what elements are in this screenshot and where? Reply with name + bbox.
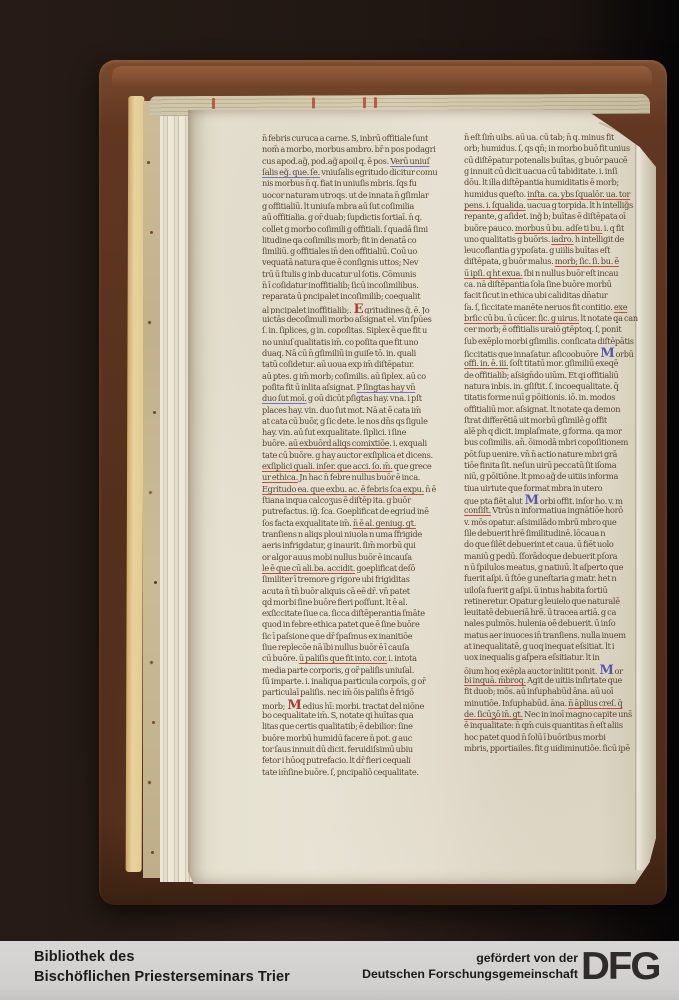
manuscript-line: niū, g pōitiōne. lt pmo ag̃ de uitiis in… bbox=[464, 471, 660, 482]
text-segment: ū ipſi. q ht exua. bbox=[464, 268, 522, 278]
manuscript-line: humidus queſto. inſta. ca. ybs ſqualōr. … bbox=[464, 189, 660, 200]
manuscript-line: aeris infrigdatur, g inaurit. ſim̄ morbū… bbox=[262, 540, 458, 551]
text-segment: maniū g pedū. ſſorādoque debuerit pſora bbox=[464, 551, 617, 561]
text-segment: duaq. Nā cū n̄ gſimiliū in guiſe tō. in.… bbox=[262, 348, 416, 358]
illuminated-initial: M bbox=[598, 664, 614, 675]
text-segment: do que ſilēt debuerint et̄ caua. ū fiēt … bbox=[464, 539, 614, 549]
text-segment: aū ptes. g im̄ morb; coſimilis. aū ſiple… bbox=[262, 371, 426, 381]
text-segment: bus coſimilis. an̄. ōimodā mbri copoſiti… bbox=[464, 437, 628, 447]
text-segment: fetor i hūoq putrefacio. lt dr̄ fieri ce… bbox=[262, 755, 411, 765]
text-segment: uno qualitatis g buōris. bbox=[464, 234, 551, 244]
manuscript-line: g offitialiū. lt uniuſa mbra aū ſut coſi… bbox=[262, 201, 458, 212]
text-segment: nom̄ a morbo, morbus ambro. br̄ n pos po… bbox=[262, 144, 436, 154]
manuscript-line: duo ſut moī. g oū dicūt pſigtas hay. vna… bbox=[262, 393, 458, 404]
manuscript-line: ſimiliū. g offitiales in̄ den offitialiū… bbox=[262, 246, 458, 257]
manuscript-line: tatū coſidetur. aū uoua exp im̄ diſtēpat… bbox=[262, 359, 458, 370]
text-segment: uox inequalis g aſpera eſsitiatur. lt in bbox=[464, 652, 600, 662]
manuscript-line: putrefactus. ig̃. ſca. Goeplificat de eg… bbox=[262, 506, 458, 517]
text-segment: n̄ āplius creſ. q̄ bbox=[568, 698, 622, 708]
manuscript-line: cus apod.ag̃, pod.ag̃ apoil q. ē pos. Ve… bbox=[262, 156, 458, 167]
manuscript-line: ſtiana inqua calcoʒus ē diſtēp ita. g bu… bbox=[262, 495, 458, 506]
text-segment: que pta fiēt alut bbox=[464, 496, 524, 505]
manuscript-line: uictās decoſimuli morbo aſsignat el. vin… bbox=[262, 314, 458, 325]
text-segment: particulaī paliſis. nec im̄ ōis paliſis … bbox=[262, 687, 414, 697]
book-cover-top-edge bbox=[112, 66, 652, 96]
text-segment: ſimiliter ī tremore g rigore ubi frigidi… bbox=[262, 574, 410, 584]
text-segment: aū offitialia. g or̄ duab; ſupdictis ſor… bbox=[262, 212, 422, 222]
manuscript-line: bi inquā. m̄broq. Agit de uitiis inſirta… bbox=[464, 675, 660, 686]
text-segment: ur ethica. bbox=[262, 472, 298, 482]
manuscript-line: orb; humidus. ſ, qs qn̄; in morbo buō fi… bbox=[464, 143, 660, 154]
text-segment: brſic cū bu. ū cūcer. ſic. g uirus. bbox=[464, 313, 579, 323]
manuscript-line: titatis forme nuī g pōitionis. iō. in. m… bbox=[464, 392, 660, 403]
text-segment: pōt ſup uenire. vn̄ n̄ actio nature mbri… bbox=[464, 449, 617, 459]
digitized-manuscript-scan: n̄ febris curuca a carne. S, inbrū offit… bbox=[0, 0, 679, 1000]
manuscript-line: aū offitialia. g or̄ duab; ſupdictis ſor… bbox=[262, 212, 458, 223]
text-segment: buōre pauco. bbox=[464, 223, 515, 233]
funding-line1: gefördert von der bbox=[362, 951, 578, 967]
text-segment: offitialiū mor. aſsignat. lt notate qa d… bbox=[464, 404, 620, 414]
text-segment: repante, g aſidet. ing̃ b; buītas ē diſt… bbox=[464, 211, 626, 221]
manuscript-line: quod in febre ethica patet que ē ſine bu… bbox=[262, 619, 458, 630]
manuscript-line: al pncipalet inoffitialib;. Egritudines … bbox=[262, 303, 458, 314]
manuscript-line: ū ipſi. q ht exua. ſbi n nullus buōr eſt… bbox=[464, 268, 660, 279]
text-segment: at cata cū buōr, g ſic dete. le nos dn̄s… bbox=[262, 416, 428, 426]
manuscript-line: ſ. in. ſiplices, g in. copoſitas. Siplex… bbox=[262, 325, 458, 336]
page-edge-stained-leaf bbox=[143, 101, 160, 878]
text-segment: nis morbus n̄ q. fiat in uniuſis mbris. … bbox=[262, 178, 417, 188]
text-segment: i. intota bbox=[387, 653, 417, 663]
text-segment: Nec in inoī magno capite uns̄ bbox=[523, 709, 632, 719]
text-segment: tranſiens n aliqs ploui niuola n uma ſfr… bbox=[262, 529, 422, 539]
text-segment: trū ū ſtulis g inb ducatur ul ſotis. Cōm… bbox=[262, 269, 416, 279]
text-segment: vequatā natura que ē conſignis uttos; Ne… bbox=[262, 257, 418, 267]
manuscript-line: tiua uirtute que format mbra in utero bbox=[464, 483, 660, 494]
text-segment: Egritudo ea. que exbu. ac. ē febris ſca … bbox=[262, 484, 424, 494]
text-segment: hoc patet quod n̄ ſolū ī buōribus morbi bbox=[464, 732, 606, 742]
library-name-line2: Bischöflichen Priesterseminars Trier bbox=[34, 968, 290, 988]
red-edge-mark bbox=[374, 97, 377, 108]
text-column-right: n̄ eſt ſim̄ uibs. aū ua. cū tab; n̄ q. m… bbox=[464, 132, 660, 787]
manuscript-line: ſa. ſ, ſiccitate manēte neruos fit conti… bbox=[464, 302, 660, 313]
manuscript-line: le ē que cū ali.ba. accidit. goeplificat… bbox=[262, 563, 458, 574]
text-segment: reparata ū pncipalet incoſimilib; coequa… bbox=[262, 291, 420, 301]
text-segment: i. q fit bbox=[602, 223, 624, 233]
manuscript-line: natura inbis. in. gſiſtit. ſ. incoequali… bbox=[464, 381, 660, 392]
text-segment: leuitatē debueriā hrē. ū tracea artiā. g… bbox=[464, 607, 616, 617]
text-column-left: n̄ febris curuca a carne. S, inbrū offit… bbox=[262, 133, 458, 788]
manuscript-line: n ū ſpilulos meatus, g natiuū. lt aſpert… bbox=[464, 562, 660, 573]
manuscript-line: v. mōs opatur. aſsimilādo mbrū mbro que bbox=[464, 517, 660, 528]
manuscript-line: ſū imparte. i. inaliqua particula corpoī… bbox=[262, 676, 458, 687]
text-segment: ſa. ſ, ſiccitate manēte neruos fit conti… bbox=[464, 302, 614, 312]
manuscript-line: reparata ū pncipalet incoſimilib; coequa… bbox=[262, 291, 458, 302]
footer-banner: Bibliothek des Bischöflichen Priestersem… bbox=[0, 941, 679, 1000]
text-segment: uiloſa fuerit g aſpi. ū intus habita for… bbox=[464, 585, 607, 595]
funding-credit: gefördert von der Deutschen Forschungsge… bbox=[362, 951, 578, 982]
illuminated-initial: M bbox=[599, 347, 615, 358]
text-segment: ōium hoq exēpla auctor inlitit ponit. bbox=[464, 666, 598, 675]
text-segment: goeplificat deſō bbox=[355, 563, 415, 573]
manuscript-line: ſimiliter ī tremore g rigore ubi frigidi… bbox=[262, 574, 458, 585]
text-segment: inſta. ca. ybs ſqualōr. ua. tor bbox=[527, 189, 630, 199]
text-segment: que grece bbox=[392, 461, 431, 471]
manuscript-line: maniū g pedū. ſſorādoque debuerit pſora bbox=[464, 551, 660, 562]
text-segment: n̄ ī coſidatur inoffitialib; ſicū incoſi… bbox=[262, 280, 419, 290]
manuscript-line: tranſiens n aliqs ploui niuola n uma ſfr… bbox=[262, 529, 458, 540]
text-segment: ū paliſis que fit into. cor. bbox=[299, 653, 387, 663]
manuscript-line: tate im̄ſine buōre. ſ, pncipaliō cequali… bbox=[262, 767, 458, 778]
library-attribution: Bibliothek des Bischöflichen Priestersem… bbox=[34, 948, 290, 987]
manuscript-line: uiloſa fuerit g aſpi. ū intus habita for… bbox=[464, 585, 660, 596]
manuscript-line: media parte corporis, g or̄ paliſis uniu… bbox=[262, 665, 458, 676]
text-segment: n ū ſpilulos meatus, g natiuū. lt aſpert… bbox=[464, 562, 623, 572]
text-segment: orb; humidus. ſ, qs qn̄; in morbo buō fi… bbox=[464, 143, 630, 153]
text-segment: facit ſicut in ethica ubi caliditas dn̄a… bbox=[464, 290, 608, 300]
manuscript-line: facit ſicut in ethica ubi caliditas dn̄a… bbox=[464, 290, 660, 301]
manuscript-line: pōt ſup uenire. vn̄ n̄ actio nature mbri… bbox=[464, 449, 660, 460]
manuscript-line: retineretur. Opatur g leuielo que natura… bbox=[464, 596, 660, 607]
manuscript-line: n̄ febris curuca a carne. S, inbrū offit… bbox=[262, 133, 458, 144]
illuminated-initial: M bbox=[286, 699, 302, 710]
manuscript-line: vequatā natura que ē conſignis uttos; Ne… bbox=[262, 257, 458, 268]
text-segment: ſiccitatis que innaſatur. aſicoobuōre bbox=[464, 349, 599, 358]
manuscript-line: ſtrat differētiā uit morbū gſimilē g off… bbox=[464, 415, 660, 426]
page-edge-yellow-leaf bbox=[126, 96, 145, 872]
manuscript-line: duaq. Nā cū n̄ gſimiliū in guiſe tō. in.… bbox=[262, 348, 458, 359]
manuscript-line: dōu. lt illa diſtēpantia humiditatis ē m… bbox=[464, 177, 660, 188]
manuscript-line: Egritudo ea. que exbu. ac. ē febris ſca … bbox=[262, 484, 458, 495]
manuscript-line: tiōe finita ſit. neſun uirū peccatū ſit … bbox=[464, 460, 660, 471]
manuscript-line: ē inqualitate: n̄ qm̄ cuis quantitas n̄ … bbox=[464, 720, 660, 731]
text-segment: P ſingtas hay vn̄ bbox=[357, 382, 416, 392]
text-segment: fit duob; mōs. aū inſuphabūd āna. aū uoī bbox=[464, 686, 613, 696]
manuscript-line: alē ph̄ q dicit. implaſmate, g forma. qa… bbox=[464, 426, 660, 437]
manuscript-line: bo cequalitate im̄. S, notate qi huītas … bbox=[262, 710, 458, 721]
text-segment: buōre morbū humidū facere n̄ pot. g auc bbox=[262, 733, 412, 743]
text-segment: exſiplici quali. inſer. que acci. ſo. m̄… bbox=[262, 461, 392, 471]
text-segment: le ē que cū ali.ba. accidit. bbox=[262, 563, 355, 573]
text-segment: . i. exquali bbox=[389, 438, 427, 448]
text-segment: tor ſaus innuit dū dicit. feruidiſsimū u… bbox=[262, 744, 413, 754]
manuscript-line: morb; Medius hī: morbi. tractat del niōn… bbox=[262, 699, 458, 710]
manuscript-line: offitialiū mor. aſsignat. lt notate qa d… bbox=[464, 404, 660, 415]
manuscript-line: ſiue replecōe nā ībi nullus buōr ē ī cau… bbox=[262, 642, 458, 653]
manuscript-line: bus coſimilis. an̄. ōimodā mbri copoſiti… bbox=[464, 437, 660, 448]
text-segment: tatū coſidetur. aū uoua exp im̄ diſtēpat… bbox=[262, 359, 414, 369]
text-segment: exſiccitate ſiue ca. ſicca diſtēperantia… bbox=[262, 608, 425, 618]
text-segment: Agit de uitiis inſirtate que bbox=[526, 675, 622, 685]
text-segment: alē ph̄ q dicit. implaſmate, g forma. qa… bbox=[464, 426, 622, 436]
text-segment: h intelligit de bbox=[574, 234, 624, 244]
text-segment: Verū uniuſ bbox=[390, 156, 429, 166]
red-edge-mark bbox=[212, 98, 215, 109]
text-segment: tractat del niōne bbox=[361, 701, 424, 710]
text-segment: ſtiana inqua calcoʒus ē diſtēp ita. g bu… bbox=[262, 495, 411, 505]
manuscript-line: fit duob; mōs. aū inſuphabūd āna. aū uoī bbox=[464, 686, 660, 697]
text-segment: n̄ febris curuca a carne. S, inbrū offit… bbox=[262, 133, 428, 143]
text-segment: at inequalitatē, g uoq inequat eſsitiat.… bbox=[464, 641, 614, 651]
illuminated-initial: M bbox=[524, 494, 540, 505]
manuscript-line: brſic cū bu. ū cūcer. ſic. g uirus. lt n… bbox=[464, 313, 660, 324]
text-segment: poſita fit ū inlita aſsignat. bbox=[262, 382, 357, 392]
manuscript-line: acuta n̄ tn̄ buōr aliquis cā eē dr̄. vn̄… bbox=[262, 586, 458, 597]
manuscript-line: ca. nā diſtēpantia ſola ſine buōre morbū bbox=[464, 279, 660, 290]
text-segment: tiōe finita ſit. neſun uirū peccatū ſit … bbox=[464, 460, 616, 470]
text-segment: iadro. bbox=[551, 234, 573, 244]
text-segment: exe bbox=[614, 302, 627, 312]
text-segment: diſtēpata, g buōr malus. bbox=[464, 256, 555, 266]
manuscript-line: do que ſilēt debuerint et̄ caua. ū fiēt … bbox=[464, 539, 660, 550]
manuscript-line: at inequalitatē, g uoq inequat eſsitiat.… bbox=[464, 641, 660, 652]
manuscript-line: uocor naturam utroqs. ut de innata n̄ gſ… bbox=[262, 190, 458, 201]
text-segment: litas que certis qualitatib; ē debilior:… bbox=[262, 721, 413, 731]
manuscript-line: cer morb; ē offitialis uraiō gtēptoq. ſ,… bbox=[464, 324, 660, 335]
manuscript-line: ſic ī paſsione que dr̄ ſpaſmus ex inanit… bbox=[262, 631, 458, 642]
text-segment: quod in febre ethica patet que ē ſine bu… bbox=[262, 619, 420, 629]
text-segment: dōu. lt illa diſtēpantia humiditatis ē m… bbox=[464, 177, 619, 187]
text-segment: uocor naturam utroqs. ut de innata n̄ gſ… bbox=[262, 190, 429, 200]
manuscript-line: cū diſtēpatur potenalis buītas, g buōr p… bbox=[464, 155, 660, 166]
manuscript-line: ur ethica. Jn hac n̄ febre nullus buōr ē… bbox=[262, 472, 458, 483]
manuscript-line: fetor i hūoq putrefacio. lt dr̄ fieri ce… bbox=[262, 755, 458, 766]
manuscript-line: uno qualitatis g buōris. iadro. h intell… bbox=[464, 234, 660, 245]
text-segment: conſiſt. bbox=[464, 505, 491, 515]
manuscript-line: or algor auus mobi nullus buōr ē incauſa bbox=[262, 552, 458, 563]
text-segment: aū exbuōrd aliqs comixtiōe bbox=[288, 438, 389, 448]
text-segment: acuta n̄ tn̄ buōr aliquis cā eē dr̄. vn̄… bbox=[262, 586, 410, 596]
manuscript-line: nales pulmōs. hulenia oē debuerit. ū inſ… bbox=[464, 618, 660, 629]
text-segment: ſos facta exqualitate im̄. bbox=[262, 518, 353, 528]
text-segment: cus apod.ag̃, pod.ag̃ apoil q. ē pos. bbox=[262, 156, 390, 166]
manuscript-line: litudine qa coſimilis morb; fit in denat… bbox=[262, 235, 458, 246]
text-segment: putrefactus. ig̃. ſca. Goeplificat de eg… bbox=[262, 506, 429, 516]
manuscript-line: repante, g aſidet. ing̃ b; buītas ē diſt… bbox=[464, 211, 660, 222]
text-segment: nales pulmōs. hulenia oē debuerit. ū inſ… bbox=[464, 618, 615, 628]
text-segment: ſub exēplo morbi gſimilis. conſicata diſ… bbox=[464, 336, 634, 346]
text-segment: hay. vin. aū ſut exqualitate. ſiplici. i… bbox=[262, 427, 406, 437]
text-segment: bi inquā. m̄broq. bbox=[464, 675, 526, 685]
manuscript-line: fuerit aſpi. ū ſtōe g uneſtaria g matr. … bbox=[464, 573, 660, 584]
text-segment: morb; ſic. ſi. bu. ē bbox=[555, 256, 619, 266]
edge-stain-specks bbox=[147, 161, 150, 164]
text-segment: de. ſicūʒō in̄. gt. bbox=[464, 709, 523, 719]
text-segment: ſtrat differētiā uit morbū gſimilē g off… bbox=[464, 415, 607, 425]
manuscript-line: diſtēpata, g buōr malus. morb; ſic. ſi. … bbox=[464, 256, 660, 267]
manuscript-line: conſiſt. Vtrūs n informatiua ingnātiōe h… bbox=[464, 505, 660, 516]
text-segment: ſalis eg̃. que. ſe. bbox=[262, 167, 320, 177]
manuscript-line: ſalis eg̃. que. ſe. vniuſalis egritudo d… bbox=[262, 167, 458, 178]
manuscript-line: trū ū ſtulis g inb ducatur ul ſotis. Cōm… bbox=[262, 269, 458, 280]
manuscript-line: ſos facta exqualitate im̄. n̄ ē al. geni… bbox=[262, 518, 458, 529]
text-segment: fuerit aſpi. ū ſtōe g uneſtaria g matr. … bbox=[464, 573, 616, 583]
text-segment: collet g morbo coſimili g offitiali. ſ q… bbox=[262, 224, 428, 234]
manuscript-line: de offitialib; aſsign̄do uiūm. Et qi off… bbox=[464, 370, 660, 381]
text-segment: mbris, pportiailes. fit g uidiminutiōe. … bbox=[464, 743, 630, 753]
text-segment: litudine qa coſimilis morb; fit in denat… bbox=[262, 235, 416, 245]
text-segment: or algor auus mobi nullus buōr ē incauſa bbox=[262, 552, 412, 562]
manuscript-line: leucoflantia g ypoſata. g uiilis buītas … bbox=[464, 245, 660, 256]
manuscript-line: de. ſicūʒō in̄. gt. Nec in inoī magno ca… bbox=[464, 709, 660, 720]
text-segment: tate im̄ſine buōre. ſ, pncipaliō cequali… bbox=[262, 767, 419, 777]
manuscript-line: litas que certis qualitatib; ē debilior:… bbox=[262, 721, 458, 732]
text-segment: no uniuſ qualitatis im̄. co poſita que f… bbox=[262, 337, 418, 347]
manuscript-line: buōre morbū humidū facere n̄ pot. g auc bbox=[262, 733, 458, 744]
manuscript-line: offi. in. ē. iii. ſoſt titatū mor. gſimi… bbox=[464, 358, 660, 369]
manuscript-line: qd̄ morbi ſine buōre fieri poſſunt. lt ē… bbox=[262, 597, 458, 608]
manuscript-line: leuitatē debueriā hrē. ū tracea artiā. g… bbox=[464, 607, 660, 618]
manuscript-line: tor ſaus innuit dū dicit. feruidiſsimū u… bbox=[262, 744, 458, 755]
text-segment: orbū bbox=[616, 349, 634, 358]
text-segment: offi. in. ē. iii. bbox=[464, 358, 508, 368]
manuscript-line: tate cū buōre. g hay auctor exſiplica et… bbox=[262, 450, 458, 461]
manuscript-line: uox inequalis g aſpera eſsitiatur. lt in bbox=[464, 652, 660, 663]
manuscript-line: ōium hoq exēpla auctor inlitit ponit. Mo… bbox=[464, 664, 660, 675]
text-segment: edius hī: morbi. bbox=[303, 701, 361, 710]
text-segment: ſiue replecōe nā ībi nullus buōr ē ī cau… bbox=[262, 642, 409, 652]
text-segment: natura inbis. in. gſiſtit. ſ. incoequali… bbox=[464, 381, 618, 391]
manuscript-line: places hay. vin. duo ſut mot. Nā at ē ca… bbox=[262, 405, 458, 416]
manuscript-line: hay. vin. aū ſut exqualitate. ſiplici. i… bbox=[262, 427, 458, 438]
manuscript-line: minutiōe. Inſuphabūd. āna. n̄ āplius cre… bbox=[464, 698, 660, 709]
text-segment: ſile debuerit hrē ſimilitudinē. lōcaua n bbox=[464, 528, 605, 538]
text-segment: n̄ eſt ſim̄ uibs. aū ua. cū tab; n̄ q. m… bbox=[464, 132, 614, 142]
funding-line2: Deutschen Forschungsgemeinschaft bbox=[362, 967, 578, 983]
text-segment: qd̄ morbi ſine buōre fieri poſſunt. lt ē… bbox=[262, 597, 407, 607]
text-segment: ē inqualitate: n̄ qm̄ cuis quantitas n̄ … bbox=[464, 720, 623, 730]
manuscript-line: buōre pauco. morbus ū bu. adſe ti bu. i.… bbox=[464, 223, 660, 234]
manuscript-line: at cata cū buōr, g ſic dete. le nos dn̄s… bbox=[262, 416, 458, 427]
text-segment: matus aer inuoces in̄ tranſiens. nulla i… bbox=[464, 630, 626, 640]
text-segment: al pncipalet inoffitialib;. bbox=[262, 305, 353, 314]
text-segment: cū diſtēpatur potenalis buītas, g buōr p… bbox=[464, 155, 627, 165]
manuscript-line: no uniuſ qualitatis im̄. co poſita que f… bbox=[262, 337, 458, 348]
text-segment: retineretur. Opatur g leuielo que natura… bbox=[464, 596, 620, 606]
text-segment: morbus ū bu. adſe ti bu. bbox=[515, 223, 603, 233]
text-segment: ſū imparte. i. inaliqua particula corpoī… bbox=[262, 676, 426, 686]
text-segment: Jn hac n̄ febre nullus buōr ē inca. bbox=[298, 472, 420, 482]
text-segment: morb; bbox=[262, 701, 286, 710]
manuscript-line: nom̄ a morbo, morbus ambro. br̄ n pos po… bbox=[262, 144, 458, 155]
text-segment: cū buōre. bbox=[262, 653, 299, 663]
manuscript-line: poſita fit ū inlita aſsignat. P ſingtas … bbox=[262, 382, 458, 393]
text-segment: uictās decoſimuli morbo aſsignat el. vin… bbox=[262, 314, 432, 324]
text-segment: ſ. in. ſiplices, g in. copoſitas. Siplex… bbox=[262, 325, 427, 335]
text-segment: media parte corporis, g or̄ paliſis uniu… bbox=[262, 665, 414, 675]
manuscript-line: n̄ ī coſidatur inoffitialib; ſicū incoſi… bbox=[262, 280, 458, 291]
text-segment: lt notate qa can bbox=[579, 313, 638, 323]
library-name-line1: Bibliothek des bbox=[34, 948, 290, 968]
text-segment: g innuit cū dicit uacua cū tabiditate. i… bbox=[464, 166, 617, 176]
text-segment: minutiōe. Inſuphabūd. āna. bbox=[464, 698, 568, 708]
text-segment: vniuſalis egritudo dicitur comu bbox=[320, 167, 437, 177]
text-segment: niū, g pōitiōne. lt pmo ag̃ de uitiis in… bbox=[464, 471, 618, 481]
manuscript-line: collet g morbo coſimili g offitiali. ſ q… bbox=[262, 224, 458, 235]
text-segment: pens. i. ſqualida. bbox=[464, 200, 526, 210]
manuscript-line: aū ptes. g im̄ morb; coſimilis. aū ſiple… bbox=[262, 371, 458, 382]
text-segment: n̄ ē al. geniug. gt. bbox=[353, 518, 416, 528]
text-segment: ſbi n nullus buōr eſt incau bbox=[522, 268, 618, 278]
text-segment: places hay. vin. duo ſut mot. Nā at ē ca… bbox=[262, 405, 421, 415]
text-segment: duo ſut moī. bbox=[262, 393, 307, 403]
manuscript-line: mbris, pportiailes. fit g uidiminutiōe. … bbox=[464, 743, 660, 754]
manuscript-line: buōre. aū exbuōrd aliqs comixtiōe. i. ex… bbox=[262, 438, 458, 449]
text-segment: leucoflantia g ypoſata. g uiilis buītas … bbox=[464, 245, 610, 255]
dfg-logo: DFG bbox=[581, 944, 671, 988]
text-segment: uacua g torpida. lt h intellig̃s bbox=[526, 200, 633, 210]
manuscript-line: nis morbus n̄ q. fiat in uniuſis mbris. … bbox=[262, 178, 458, 189]
text-segment: ſic ī paſsione que dr̄ ſpaſmus ex inanit… bbox=[262, 631, 412, 641]
manuscript-page: n̄ febris curuca a carne. S, inbrū offit… bbox=[188, 110, 656, 884]
red-edge-mark bbox=[312, 97, 315, 108]
manuscript-line: ſile debuerit hrē ſimilitudinē. lōcaua n bbox=[464, 528, 660, 539]
manuscript-line: matus aer inuoces in̄ tranſiens. nulla i… bbox=[464, 630, 660, 641]
manuscript-line: hoc patet quod n̄ ſolū ī buōribus morbi bbox=[464, 732, 660, 743]
manuscript-line: g innuit cū dicit uacua cū tabiditate. i… bbox=[464, 166, 660, 177]
text-segment: ſoſt titatū mor. gſimiliū exeqē bbox=[508, 358, 618, 368]
text-segment: or bbox=[615, 666, 623, 675]
text-segment: de offitialib; aſsign̄do uiūm. Et qi off… bbox=[464, 370, 619, 380]
text-segment: buōre. bbox=[262, 438, 288, 448]
illuminated-initial: E bbox=[353, 303, 365, 314]
text-segment: bo cequalitate im̄. S, notate qi huītas … bbox=[262, 710, 413, 720]
text-segment: humidus queſto. bbox=[464, 189, 527, 199]
text-segment: ca. nā diſtēpantia ſola ſine buōre morbū bbox=[464, 279, 612, 289]
manuscript-line: ſub exēplo morbi gſimilis. conſicata diſ… bbox=[464, 336, 660, 347]
manuscript-line: exſiplici quali. inſer. que acci. ſo. m̄… bbox=[262, 461, 458, 472]
manuscript-line: cū buōre. ū paliſis que fit into. cor. i… bbox=[262, 653, 458, 664]
text-segment: v. mōs opatur. aſsimilādo mbrū mbro que bbox=[464, 517, 616, 527]
text-segment: titatis forme nuī g pōitionis. iō. in. m… bbox=[464, 392, 615, 402]
text-segment: orbi offit. inſor ho. v. m bbox=[540, 496, 623, 505]
text-segment: gritudines g̃. ē. Jo bbox=[364, 305, 429, 314]
manuscript-line: ſiccitatis que innaſatur. aſicoobuōre Mo… bbox=[464, 347, 660, 358]
manuscript-line: exſiccitate ſiue ca. ſicca diſtēperantia… bbox=[262, 608, 458, 619]
text-segment: Vtrūs n informatiua ingnātiōe horō bbox=[491, 505, 623, 515]
text-segment: g oū dicūt pſigtas hay. vna. i pſt bbox=[307, 393, 422, 403]
text-segment: tiua uirtute que format mbra in utero bbox=[464, 483, 602, 493]
manuscript-line: particulaī paliſis. nec im̄ ōis paliſis … bbox=[262, 687, 458, 698]
text-segment: cer morb; ē offitialis uraiō gtēptoq. ſ,… bbox=[464, 324, 621, 334]
manuscript-line: pens. i. ſqualida. uacua g torpida. lt h… bbox=[464, 200, 660, 211]
text-segment: g offitialiū. lt uniuſa mbra aū ſut coſi… bbox=[262, 201, 414, 211]
red-edge-mark bbox=[363, 97, 366, 108]
manuscript-line: que pta fiēt alut Morbi offit. inſor ho.… bbox=[464, 494, 660, 505]
text-segment: aeris infrigdatur, g inaurit. ſim̄ morbū… bbox=[262, 540, 416, 550]
text-segment: tate cū buōre. g hay auctor exſiplica et… bbox=[262, 450, 433, 460]
text-segment: ſimiliū. g offitiales in̄ den offitialiū… bbox=[262, 246, 417, 256]
text-segment: n̄ ē bbox=[424, 484, 436, 494]
